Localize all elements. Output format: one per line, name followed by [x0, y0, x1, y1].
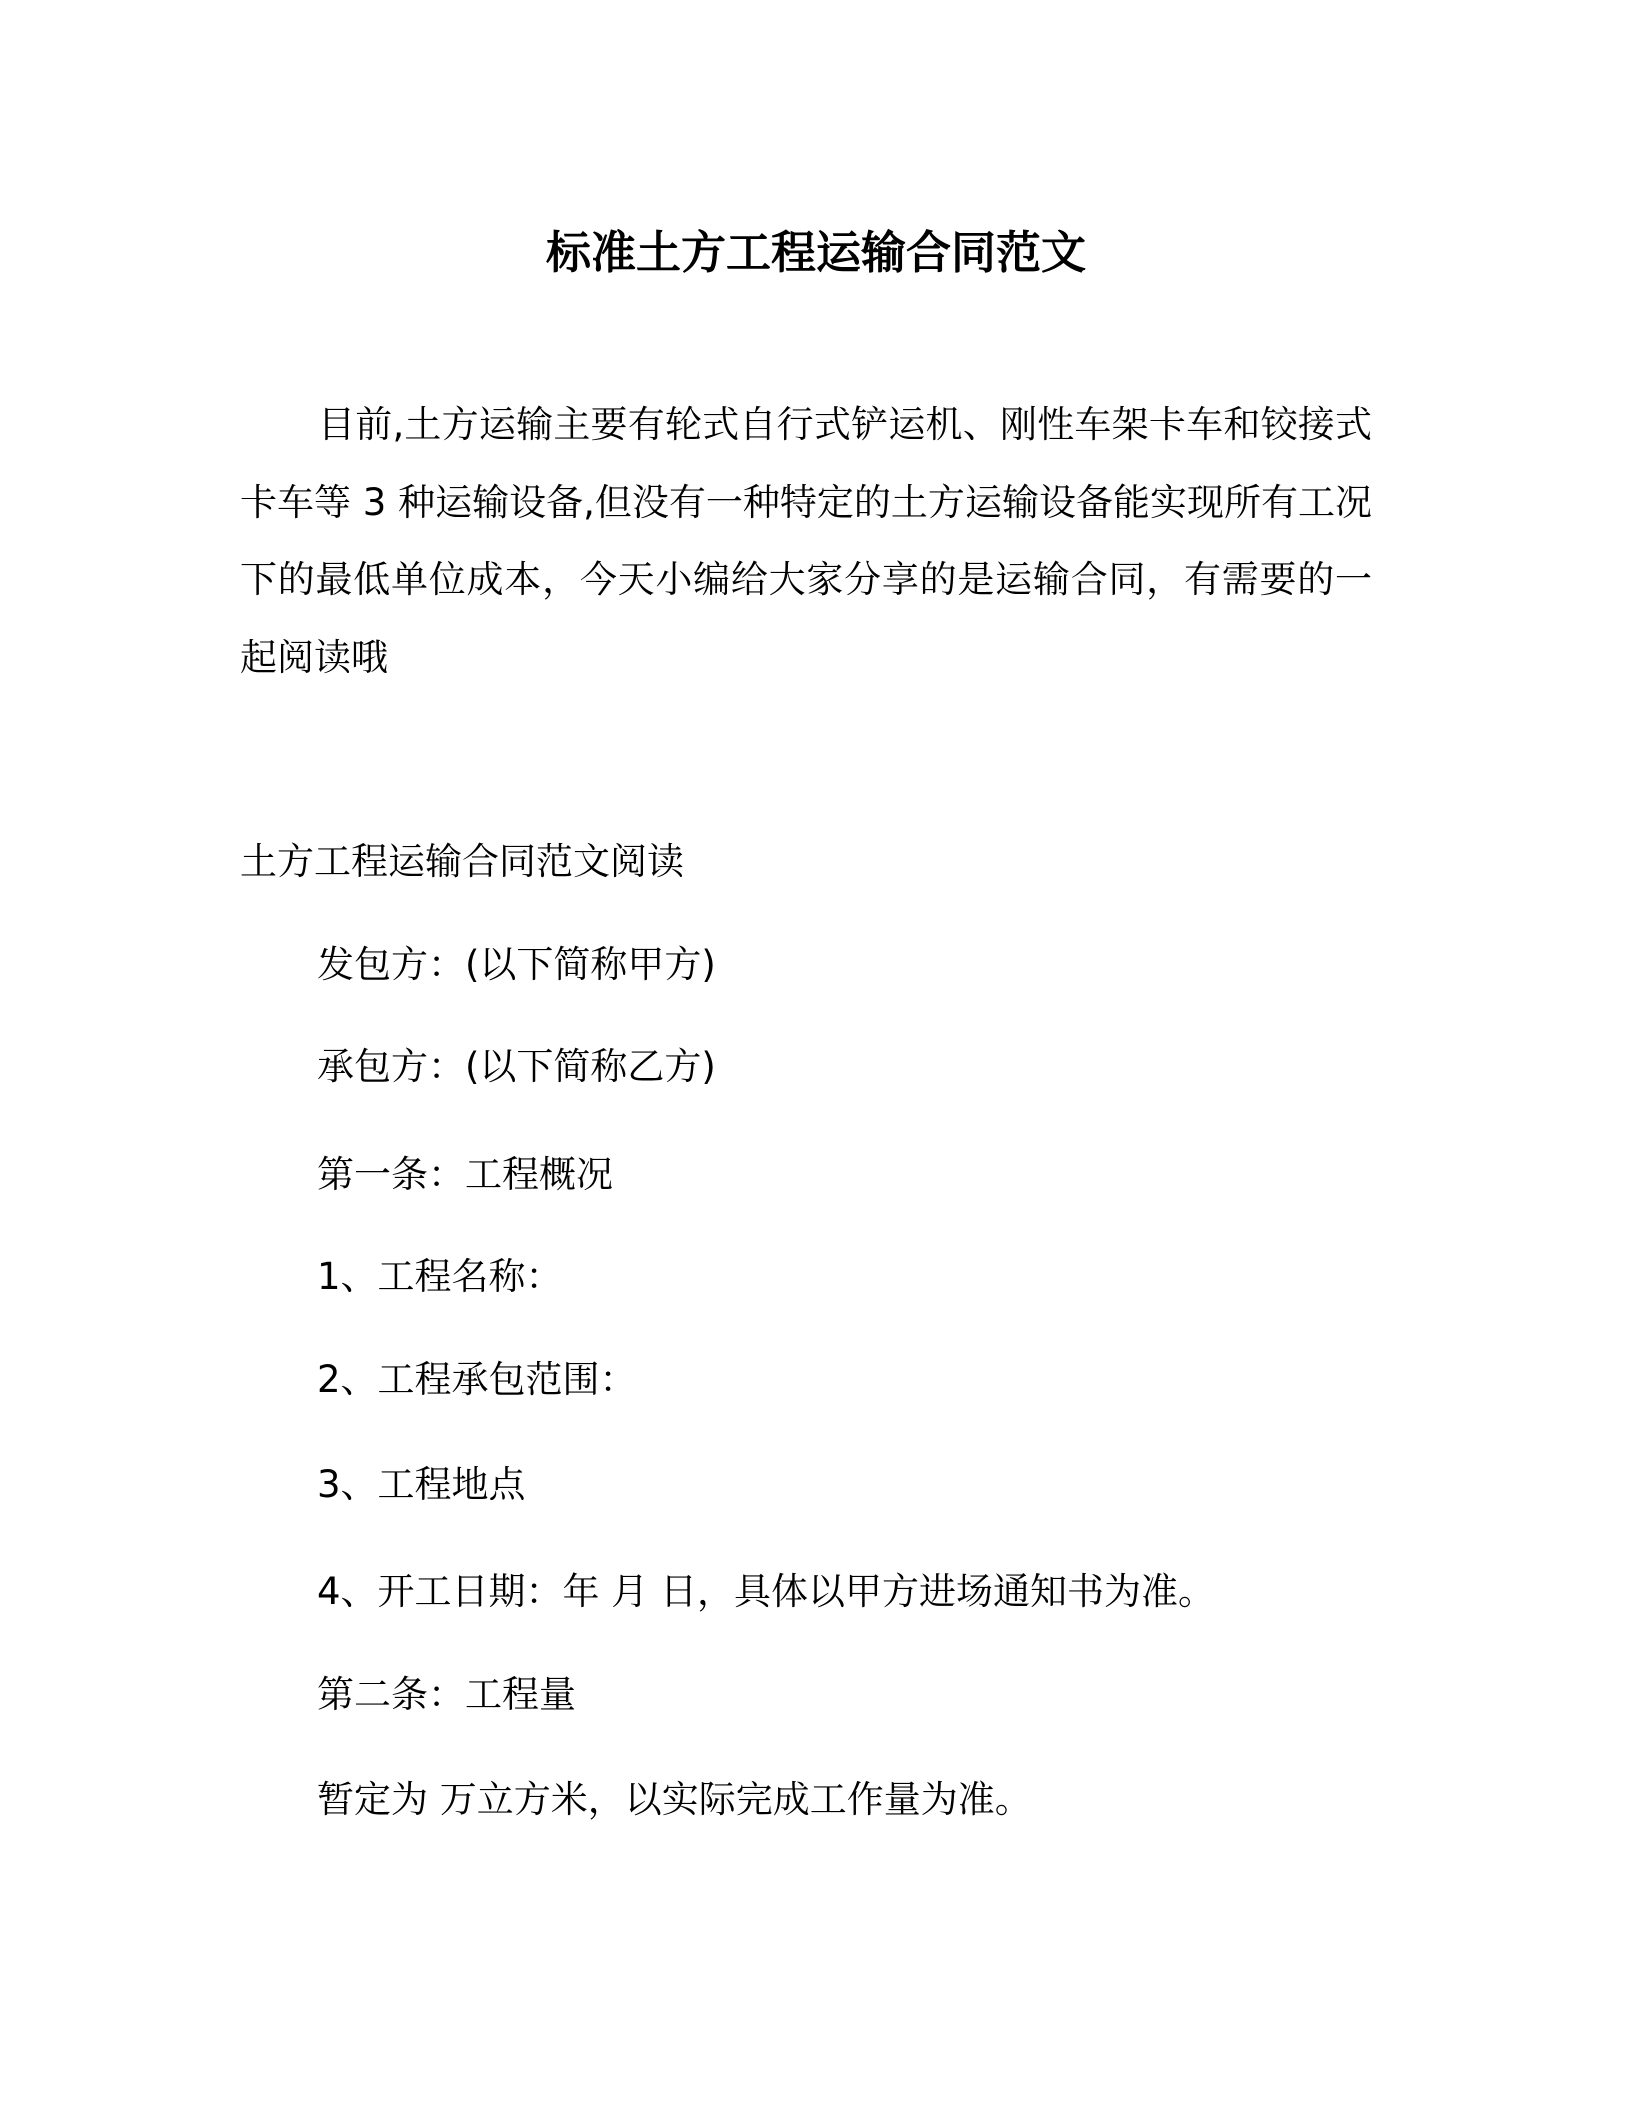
document-title: 标准土方工程运输合同范文	[0, 223, 1632, 283]
party-b-line: 承包方：(以下简称乙方)	[317, 1042, 716, 1092]
article-item: 4、开工日期：年 月 日，具体以甲方进场通知书为准。	[317, 1567, 1215, 1617]
intro-line: 下的最低单位成本，今天小编给大家分享的是运输合同，有需要的一	[240, 555, 1372, 605]
article-item: 1、工程名称：	[317, 1252, 563, 1302]
article-heading: 第一条：工程概况	[317, 1150, 613, 1200]
party-a-line: 发包方：(以下简称甲方)	[317, 940, 716, 990]
article-heading: 第二条：工程量	[317, 1670, 576, 1720]
section-heading: 土方工程运输合同范文阅读	[240, 837, 684, 887]
article-item: 2、工程承包范围：	[317, 1355, 637, 1405]
document-page: 标准土方工程运输合同范文 目前,土方运输主要有轮式自行式铲运机、刚性车架卡车和铰…	[0, 0, 1632, 2112]
intro-line: 目前,土方运输主要有轮式自行式铲运机、刚性车架卡车和铰接式	[318, 400, 1372, 450]
intro-line: 卡车等 3 种运输设备,但没有一种特定的土方运输设备能实现所有工况	[240, 478, 1372, 528]
article-text: 暂定为 万立方米，以实际完成工作量为准。	[317, 1775, 1032, 1825]
intro-line: 起阅读哦	[240, 633, 388, 683]
article-item: 3、工程地点	[317, 1460, 526, 1510]
